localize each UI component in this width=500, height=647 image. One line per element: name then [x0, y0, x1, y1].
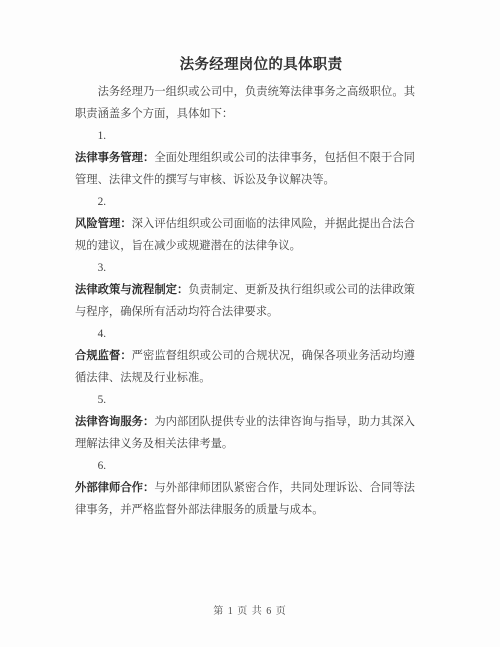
list-item-5: 法律咨询服务：为内部团队提供专业的法律咨询与指导，助力其深入理解法律义务及相关法…: [75, 411, 415, 455]
list-item-1: 法律事务管理：全面处理组织或公司的法律事务，包括但不限于合同管理、法律文件的撰写…: [75, 147, 415, 191]
intro-paragraph: 法务经理乃一组织或公司中，负责统筹法律事务之高级职位。其职责涵盖多个方面，具体如…: [75, 81, 415, 125]
document-body: 法务经理乃一组织或公司中，负责统筹法律事务之高级职位。其职责涵盖多个方面，具体如…: [75, 81, 415, 521]
list-number-5: 5.: [75, 389, 415, 411]
item-label-4: 合规监督：: [75, 350, 132, 362]
item-label-3: 法律政策与流程制定：: [75, 284, 188, 296]
list-item-6: 外部律师合作：与外部律师团队紧密合作，共同处理诉讼、合同等法律事务，并严格监督外…: [75, 477, 415, 521]
list-number-1: 1.: [75, 125, 415, 147]
list-item-2: 风险管理：深入评估组织或公司面临的法律风险，并据此提出合法合规的建议，旨在减少或…: [75, 213, 415, 257]
item-label-6: 外部律师合作：: [75, 482, 154, 494]
list-number-2: 2.: [75, 191, 415, 213]
document-page: 法务经理岗位的具体职责 法务经理乃一组织或公司中，负责统筹法律事务之高级职位。其…: [0, 0, 500, 647]
list-number-3: 3.: [75, 257, 415, 279]
item-label-1: 法律事务管理：: [75, 152, 154, 164]
item-label-5: 法律咨询服务：: [75, 416, 154, 428]
page-number-footer: 第 1 页 共 6 页: [0, 601, 500, 623]
list-item-4: 合规监督：严密监督组织或公司的合规状况，确保各项业务活动均遵循法律、法规及行业标…: [75, 345, 415, 389]
document-title: 法务经理岗位的具体职责: [75, 53, 415, 77]
list-item-3: 法律政策与流程制定：负责制定、更新及执行组织或公司的法律政策与程序，确保所有活动…: [75, 279, 415, 323]
list-number-6: 6.: [75, 455, 415, 477]
item-label-2: 风险管理：: [75, 218, 132, 230]
list-number-4: 4.: [75, 323, 415, 345]
